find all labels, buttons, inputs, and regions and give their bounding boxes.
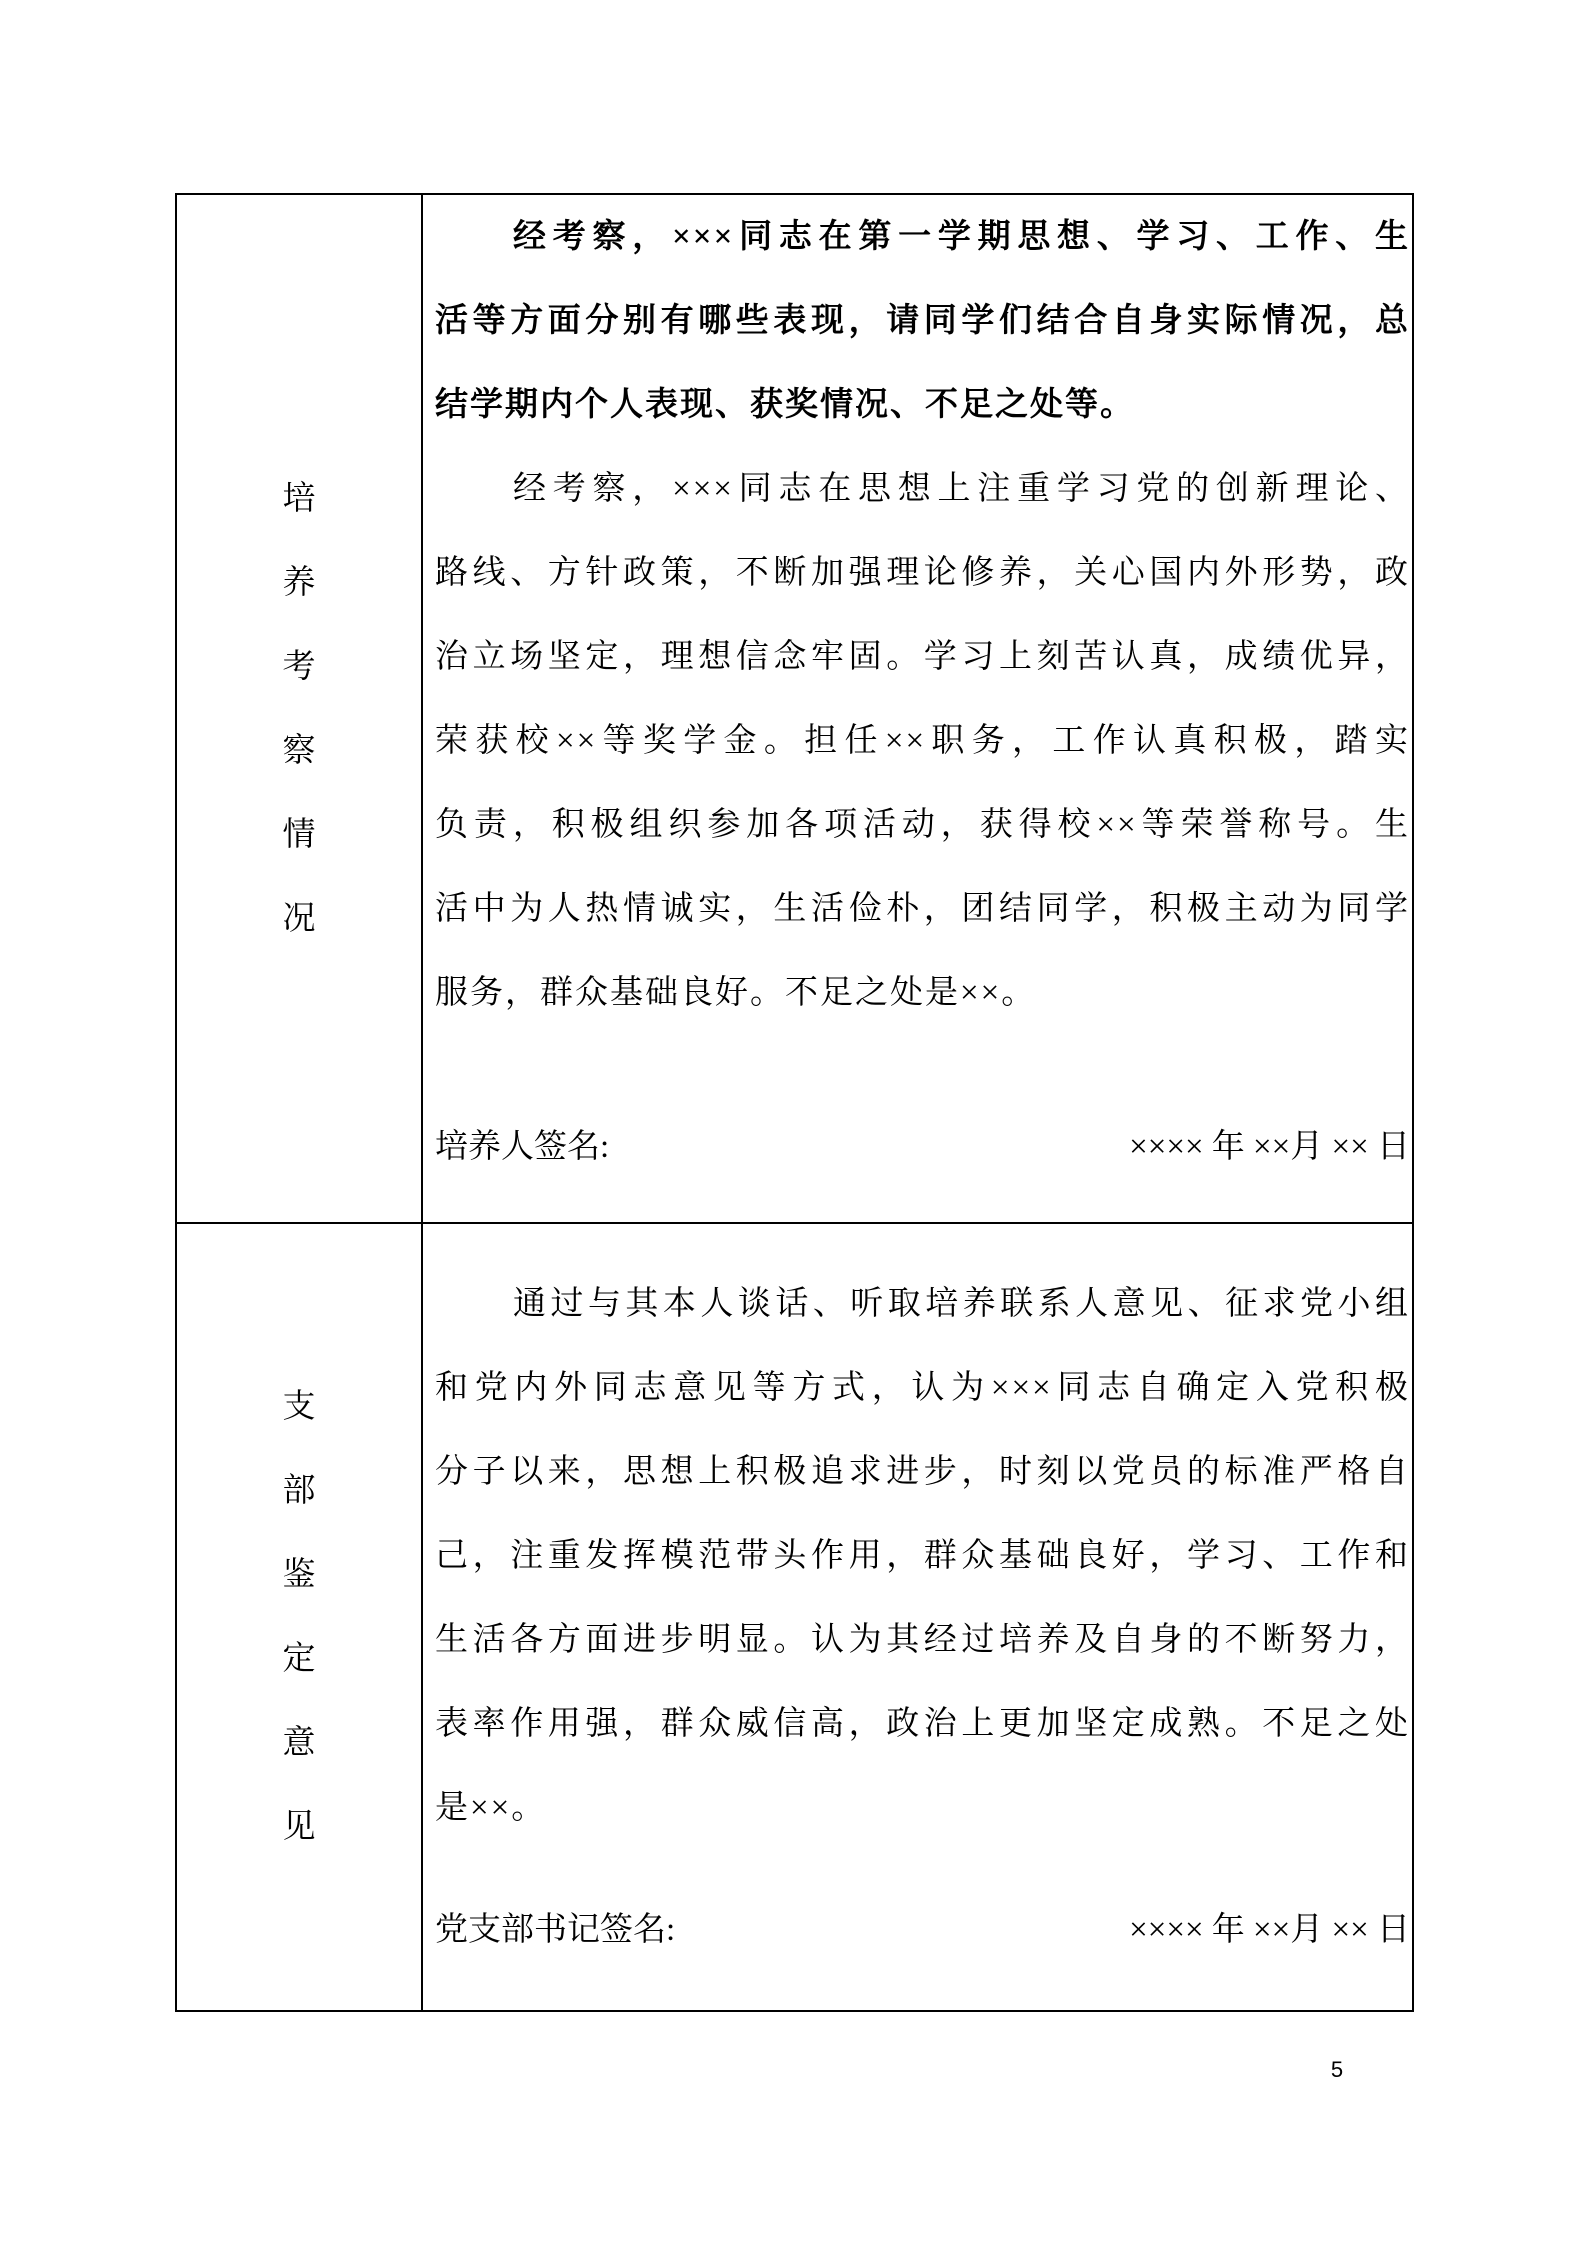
text-line: 负责，积极组织参加各项活动，获得校××等荣誉称号。生	[435, 783, 1410, 867]
branch-secretary-signature-label: 党支部书记签名:	[435, 1888, 675, 1972]
text-line: 经考察，×××同志在思想上注重学习党的创新理论、	[435, 447, 1410, 531]
row2-signature-line: 党支部书记签名: ×××× 年 ××月 ×× 日	[435, 1888, 1410, 1972]
row1-signature-line: 培养人签名: ×××× 年 ××月 ×× 日	[435, 1105, 1410, 1189]
text-line: 是××。	[435, 1766, 1410, 1850]
row2-content-cell: 通过与其本人谈话、听取培养联系人意见、征求党小组 和党内外同志意见等方式，认为×…	[423, 1224, 1412, 2010]
row1-label-char: 况	[283, 877, 316, 961]
row2-label-char: 意	[283, 1701, 316, 1785]
row1-label-char: 培	[283, 457, 316, 541]
text-line: 服务，群众基础良好。不足之处是××。	[435, 951, 1410, 1035]
text-line: 经考察，×××同志在第一学期思想、学习、工作、生	[435, 195, 1410, 279]
row1-label-char: 情	[283, 793, 316, 877]
text-line: 路线、方针政策，不断加强理论修养，关心国内外形势，政	[435, 531, 1410, 615]
text-line: 治立场坚定，理想信念牢固。学习上刻苦认真，成绩优异，	[435, 615, 1410, 699]
row2-label-char: 定	[283, 1617, 316, 1701]
text-line: 结学期内个人表现、获奖情况、不足之处等。	[435, 363, 1410, 447]
row2-label-char: 见	[283, 1785, 316, 1869]
review-table: 培 养 考 察 情 况 经考察，×××同志在第一学期思想、学习、工作、生 活等方…	[175, 193, 1414, 2012]
text-line: 己，注重发挥模范带头作用，群众基础良好，学习、工作和	[435, 1514, 1410, 1598]
row1-label-cell: 培 养 考 察 情 况	[177, 195, 423, 1224]
row2-label-char: 支	[283, 1365, 316, 1449]
text-line: 表率作用强，群众威信高，政治上更加坚定成熟。不足之处	[435, 1682, 1410, 1766]
row1-label-char: 察	[283, 709, 316, 793]
text-line: 活中为人热情诚实，生活俭朴，团结同学，积极主动为同学	[435, 867, 1410, 951]
text-line: 和党内外同志意见等方式，认为×××同志自确定入党积极	[435, 1346, 1410, 1430]
text-line: 生活各方面进步明显。认为其经过培养及自身的不断努力，	[435, 1598, 1410, 1682]
row1-content-cell: 经考察，×××同志在第一学期思想、学习、工作、生 活等方面分别有哪些表现，请同学…	[423, 195, 1412, 1224]
row2-label-char: 部	[283, 1449, 316, 1533]
cultivator-signature-date: ×××× 年 ××月 ×× 日	[1129, 1105, 1410, 1189]
page-number: 5	[1322, 2042, 1352, 2098]
row2-label-char: 鉴	[283, 1533, 316, 1617]
row1-label-char: 考	[283, 625, 316, 709]
text-line: 荣获校××等奖学金。担任××职务，工作认真积极，踏实	[435, 699, 1410, 783]
cultivator-signature-label: 培养人签名:	[435, 1105, 609, 1189]
branch-secretary-signature-date: ×××× 年 ××月 ×× 日	[1129, 1888, 1410, 1972]
row1-label-char: 养	[283, 541, 316, 625]
text-line: 分子以来，思想上积极追求进步，时刻以党员的标准严格自	[435, 1430, 1410, 1514]
text-line: 通过与其本人谈话、听取培养联系人意见、征求党小组	[435, 1262, 1410, 1346]
text-line: 活等方面分别有哪些表现，请同学们结合自身实际情况，总	[435, 279, 1410, 363]
row2-label-cell: 支 部 鉴 定 意 见	[177, 1224, 423, 2010]
